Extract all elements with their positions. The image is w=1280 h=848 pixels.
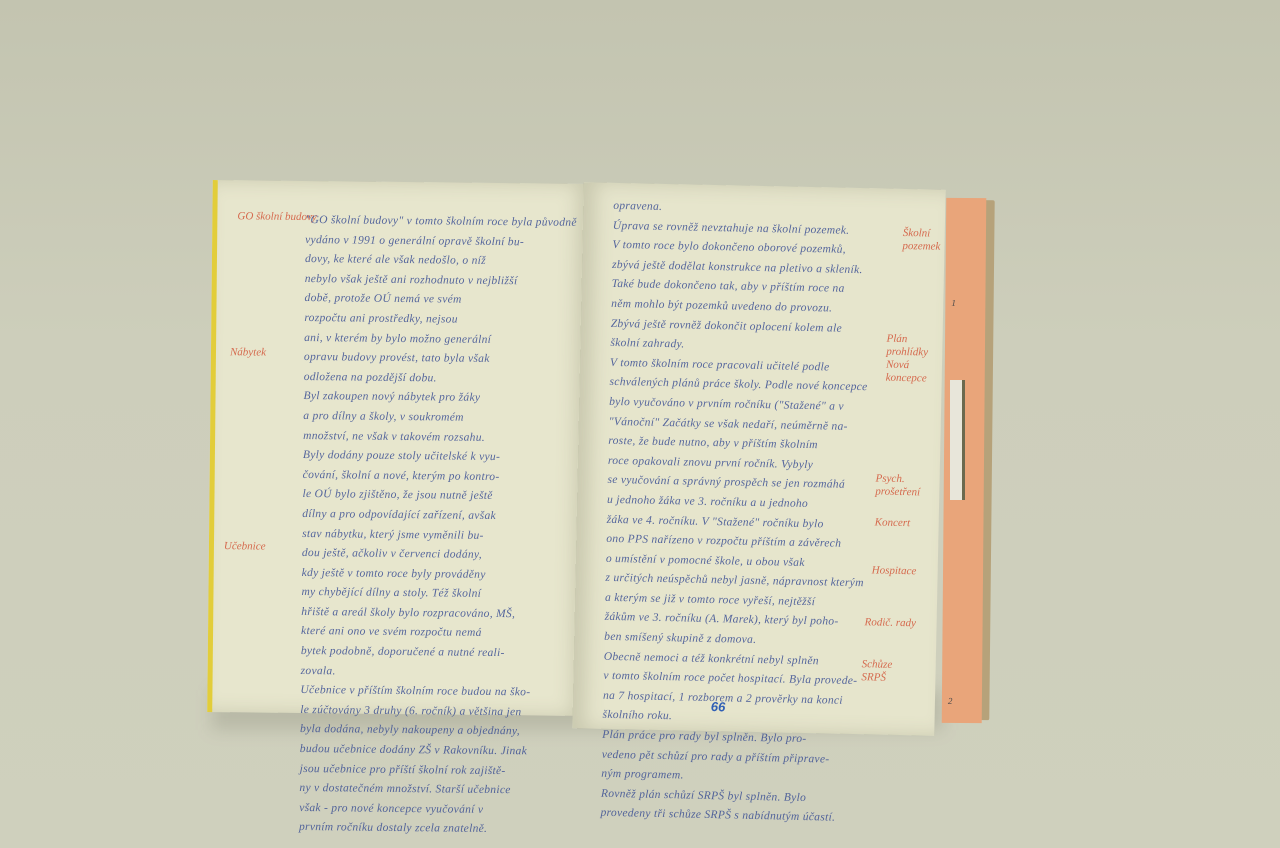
margin-note: Nábytek bbox=[230, 346, 266, 359]
page-number: 66 bbox=[711, 699, 726, 714]
handwritten-line: a pro dílny a školy, v soukromém bbox=[303, 407, 587, 430]
handwritten-line: dou ještě, ačkoliv v červenci dodány, bbox=[302, 544, 586, 567]
bookmark-tab bbox=[950, 380, 965, 500]
left-page: GO školní budovy Nábytek Učebnice "GO šk… bbox=[207, 180, 590, 716]
handwritten-line: rozpočtu ani prostředky, nejsou bbox=[304, 309, 588, 332]
handwritten-line: budou učebnice dodány ZŠ v Rakovníku. Ji… bbox=[300, 740, 584, 763]
insert-corner-mark: 1 bbox=[951, 298, 956, 308]
handwritten-line: dovy, ke které ale však nedošlo, o níž bbox=[305, 250, 589, 273]
handwritten-line: "GO školní budovy" v tomto školním roce … bbox=[305, 211, 589, 234]
handwritten-line: Byly dodány pouze stoly učitelské k vyu- bbox=[303, 446, 587, 469]
handwritten-line: opravu budovy provést, tato byla však bbox=[304, 348, 588, 371]
insert-corner-mark: 2 bbox=[948, 696, 953, 706]
handwritten-line: bytek podobně, doporučené a nutné reali- bbox=[301, 642, 585, 665]
handwritten-line: ny v dostatečném množství. Starší učebni… bbox=[299, 779, 583, 802]
right-page: Školní pozemek Plán prohlídky Nová konce… bbox=[572, 182, 945, 735]
handwritten-line: prvním ročníku dostaly zcela znatelně. bbox=[299, 818, 583, 841]
handwritten-text-left: "GO školní budovy" v tomto školním roce … bbox=[299, 211, 590, 841]
margin-note: Učebnice bbox=[224, 540, 266, 553]
handwritten-text-right: opravena.Úprava se rovněž nevztahuje na … bbox=[600, 197, 945, 831]
handwritten-line: dílny a pro odpovídající zařízení, avšak bbox=[302, 505, 586, 528]
handwritten-line: Učebnice v příštím školním roce budou na… bbox=[300, 681, 584, 704]
